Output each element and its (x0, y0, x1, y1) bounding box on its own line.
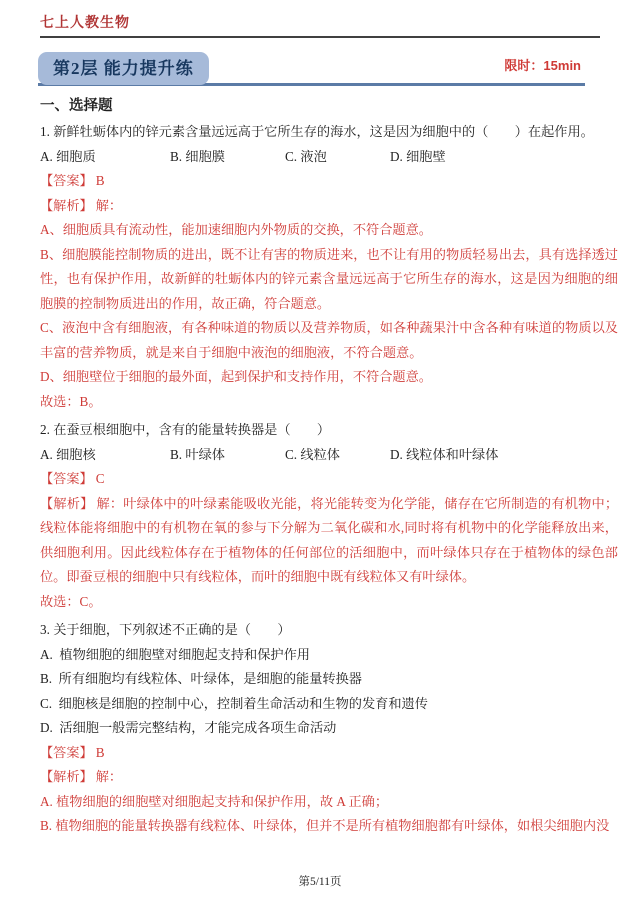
answer-line: 【答案】B (40, 169, 618, 194)
analysis-text: 解：叶绿体中的叶绿素能吸收光能，将光能转变为化学能，储存在它所制造的有机物中；线… (40, 496, 618, 585)
option-a: A. 细胞核 (40, 443, 170, 468)
answer-value: C (96, 471, 105, 486)
question-2: 2. 在蚕豆根细胞中，含有的能量转换器是（ ） A. 细胞核 B. 叶绿体 C.… (40, 418, 618, 614)
option-b: B. 细胞膜 (170, 145, 285, 170)
answer-label: 【答案】 (40, 173, 93, 188)
answer-line: 【答案】C (40, 467, 618, 492)
analysis-conclusion: 故选：B。 (40, 390, 618, 415)
answer-label: 【答案】 (40, 471, 93, 486)
option-a: A. 植物细胞的细胞壁对细胞起支持和保护作用 (40, 643, 618, 668)
option-c: C. 线粒体 (285, 443, 390, 468)
analysis-label: 【解析】 (40, 198, 93, 213)
answer-label: 【答案】 (40, 745, 93, 760)
option-d: D. 线粒体和叶绿体 (390, 443, 618, 468)
analysis-paragraph: B、细胞膜能控制物质的进出，既不让有害的物质进来，也不让有用的物质轻易出去，具有… (40, 243, 618, 317)
section-bar: 第2层 能力提升练 限时：15min (38, 52, 585, 86)
time-limit: 限时：15min (504, 55, 581, 74)
analysis-label: 【解析】 (40, 769, 93, 784)
analysis-paragraph: A. 植物细胞的细胞壁对细胞起支持和保护作用，故 A 正确； (40, 790, 618, 815)
option-b: B. 叶绿体 (170, 443, 285, 468)
option-d: D. 细胞壁 (390, 145, 618, 170)
questions-content: 1. 新鲜牡蛎体内的锌元素含量远远高于它所生存的海水，这是因为细胞中的（ ）在起… (40, 120, 618, 839)
answer-value: B (96, 745, 105, 760)
question-3: 3. 关于细胞，下列叙述不正确的是（ ） A. 植物细胞的细胞壁对细胞起支持和保… (40, 618, 618, 839)
analysis-paragraph: C、液泡中含有细胞液，有各种味道的物质以及营养物质，如各种蔬果汁中含各种有味道的… (40, 316, 618, 365)
question-2-options: A. 细胞核 B. 叶绿体 C. 线粒体 D. 线粒体和叶绿体 (40, 443, 618, 468)
question-2-stem: 2. 在蚕豆根细胞中，含有的能量转换器是（ ） (40, 418, 618, 443)
question-3-stem: 3. 关于细胞，下列叙述不正确的是（ ） (40, 618, 618, 643)
analysis-intro: 解： (96, 769, 122, 784)
answer-value: B (96, 173, 105, 188)
question-1-stem: 1. 新鲜牡蛎体内的锌元素含量远远高于它所生存的海水，这是因为细胞中的（ ）在起… (40, 120, 618, 145)
option-d: D. 活细胞一般需完整结构，才能完成各项生命活动 (40, 716, 618, 741)
analysis-paragraph: D、细胞壁位于细胞的最外面，起到保护和支持作用，不符合题意。 (40, 365, 618, 390)
time-limit-label: 限时： (504, 58, 543, 73)
analysis-line: 【解析】解： (40, 194, 618, 219)
time-limit-value: 15min (543, 58, 581, 73)
analysis-line: 【解析】解： (40, 765, 618, 790)
document-page: 七上人教生物 第2层 能力提升练 限时：15min 一、选择题 1. 新鲜牡蛎体… (0, 0, 640, 905)
analysis-label: 【解析】 (40, 496, 94, 511)
section-heading: 一、选择题 (40, 95, 600, 117)
option-c: C. 细胞核是细胞的控制中心，控制着生命活动和生物的发育和遗传 (40, 692, 618, 717)
page-number: 第5/11页 (0, 873, 640, 889)
question-3-options: A. 植物细胞的细胞壁对细胞起支持和保护作用 B. 所有细胞均有线粒体、叶绿体，… (40, 643, 618, 741)
analysis-intro: 解： (96, 198, 122, 213)
question-1: 1. 新鲜牡蛎体内的锌元素含量远远高于它所生存的海水，这是因为细胞中的（ ）在起… (40, 120, 618, 414)
doc-header: 七上人教生物 (40, 16, 600, 38)
question-1-options: A. 细胞质 B. 细胞膜 C. 液泡 D. 细胞壁 (40, 145, 618, 170)
doc-title: 七上人教生物 (40, 16, 600, 32)
analysis-conclusion: 故选：C。 (40, 590, 618, 615)
analysis-line: 【解析】解：叶绿体中的叶绿素能吸收光能，将光能转变为化学能，储存在它所制造的有机… (40, 492, 618, 590)
analysis-paragraph: B. 植物细胞的能量转换器有线粒体、叶绿体，但并不是所有植物细胞都有叶绿体，如根… (40, 814, 618, 839)
option-a: A. 细胞质 (40, 145, 170, 170)
analysis-paragraph: A、细胞质具有流动性，能加速细胞内外物质的交换，不符合题意。 (40, 218, 618, 243)
section-badge: 第2层 能力提升练 (38, 52, 209, 85)
option-b: B. 所有细胞均有线粒体、叶绿体，是细胞的能量转换器 (40, 667, 618, 692)
answer-line: 【答案】B (40, 741, 618, 766)
option-c: C. 液泡 (285, 145, 390, 170)
